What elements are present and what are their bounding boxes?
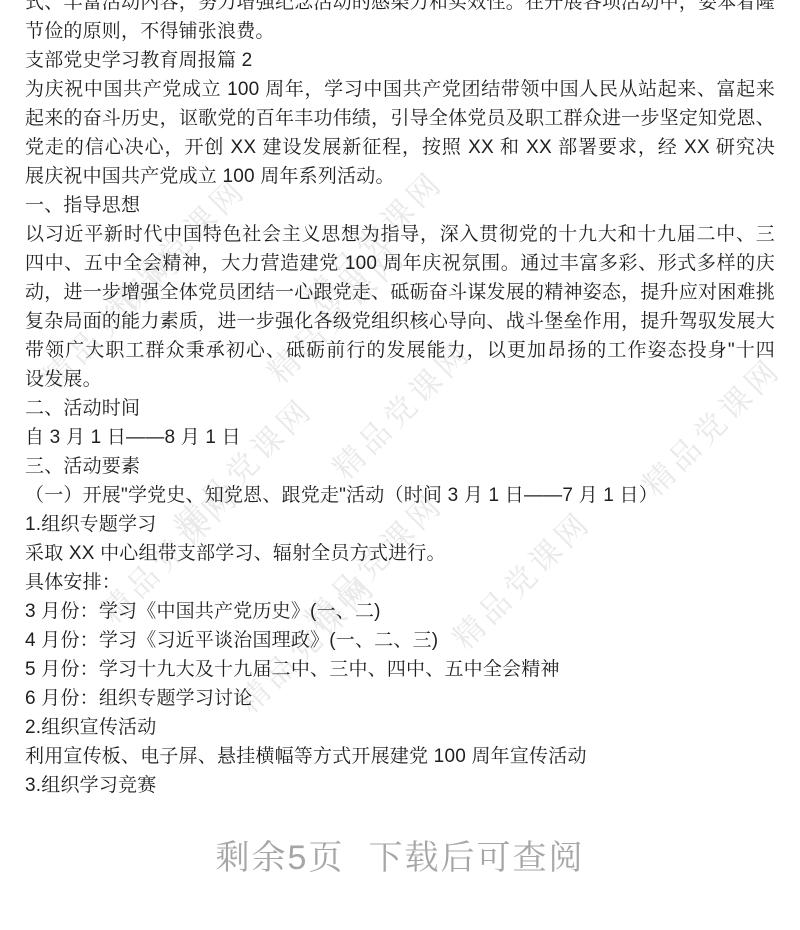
document-line: 二、活动时间 — [25, 394, 775, 423]
document-line: 4 月份：学习《习近平谈治国理政》(一、二、三) — [25, 626, 775, 655]
document-line: 三、活动要素 — [25, 452, 775, 481]
document-line: 展庆祝中国共产党成立 100 周年系列活动。 — [25, 162, 775, 191]
document-line: 一、指导思想 — [25, 191, 775, 220]
document-line: 复杂局面的能力素质，进一步强化各级党组织核心导向、战斗堡垒作用，提升驾驭发展大局… — [25, 307, 775, 336]
document-line: 节俭的原则，不得铺张浪费。 — [25, 17, 775, 46]
document-line: 带领广大职工群众秉承初心、砥砺前行的发展能力，以更加昂扬的工作姿态投身"十四五"… — [25, 336, 775, 365]
document-line: 6 月份：组织专题学习讨论 — [25, 684, 775, 713]
pages-remaining-text: 剩余5页 — [216, 839, 345, 877]
document-line: 起来的奋斗历史，讴歌党的百年丰功伟绩，引导全体党员及职工群众进一步坚定知党恩、跟 — [25, 104, 775, 133]
document-line: （一）开展"学党史、知党恩、跟党走"活动（时间 3 月 1 日——7 月 1 日… — [25, 481, 775, 510]
document-line: 具体安排： — [25, 568, 775, 597]
document-line: 四中、五中全会精神，大力营造建党 100 周年庆祝氛围。通过丰富多彩、形式多样的… — [25, 249, 775, 278]
document-line: 动，进一步增强全体党员团结一心跟党走、砥砺奋斗谋发展的精神姿态，提升应对困难挑战… — [25, 278, 775, 307]
download-hint-text: 下载后可查阅 — [368, 839, 584, 877]
document-line: 3.组织学习竞赛 — [25, 771, 775, 800]
document-page: 精品党课网精品党课网精品党课网精品党课网精品党课网精品党课网精品党课网精品党课网… — [0, 0, 800, 930]
document-line: 为庆祝中国共产党成立 100 周年，学习中国共产党团结带领中国人民从站起来、富起… — [25, 75, 775, 104]
document-line: 式、丰富活动内容，努力增强纪念活动的感染力和实效性。在开展各项活动中，要本着隆重 — [25, 0, 775, 17]
document-line: 3 月份：学习《中国共产党历史》(一、二) — [25, 597, 775, 626]
document-line: 采取 XX 中心组带支部学习、辐射全员方式进行。 — [25, 539, 775, 568]
document-line: 以习近平新时代中国特色社会主义思想为指导，深入贯彻党的十九大和十九届二中、三中、 — [25, 220, 775, 249]
document-line: 设发展。 — [25, 365, 775, 394]
preview-limit-note: 剩余5页下载后可查阅 — [0, 830, 800, 879]
document-line: 1.组织专题学习 — [25, 510, 775, 539]
document-line: 2.组织宣传活动 — [25, 713, 775, 742]
document-line: 支部党史学习教育周报篇 2 — [25, 46, 775, 75]
document-body: 式、丰富活动内容，努力增强纪念活动的感染力和实效性。在开展各项活动中，要本着隆重… — [25, 0, 775, 800]
document-line: 自 3 月 1 日——8 月 1 日 — [25, 423, 775, 452]
document-line: 党走的信心决心，开创 XX 建设发展新征程，按照 XX 和 XX 部署要求，经 … — [25, 133, 775, 162]
document-line: 利用宣传板、电子屏、悬挂横幅等方式开展建党 100 周年宣传活动 — [25, 742, 775, 771]
document-line: 5 月份：学习十九大及十九届二中、三中、四中、五中全会精神 — [25, 655, 775, 684]
